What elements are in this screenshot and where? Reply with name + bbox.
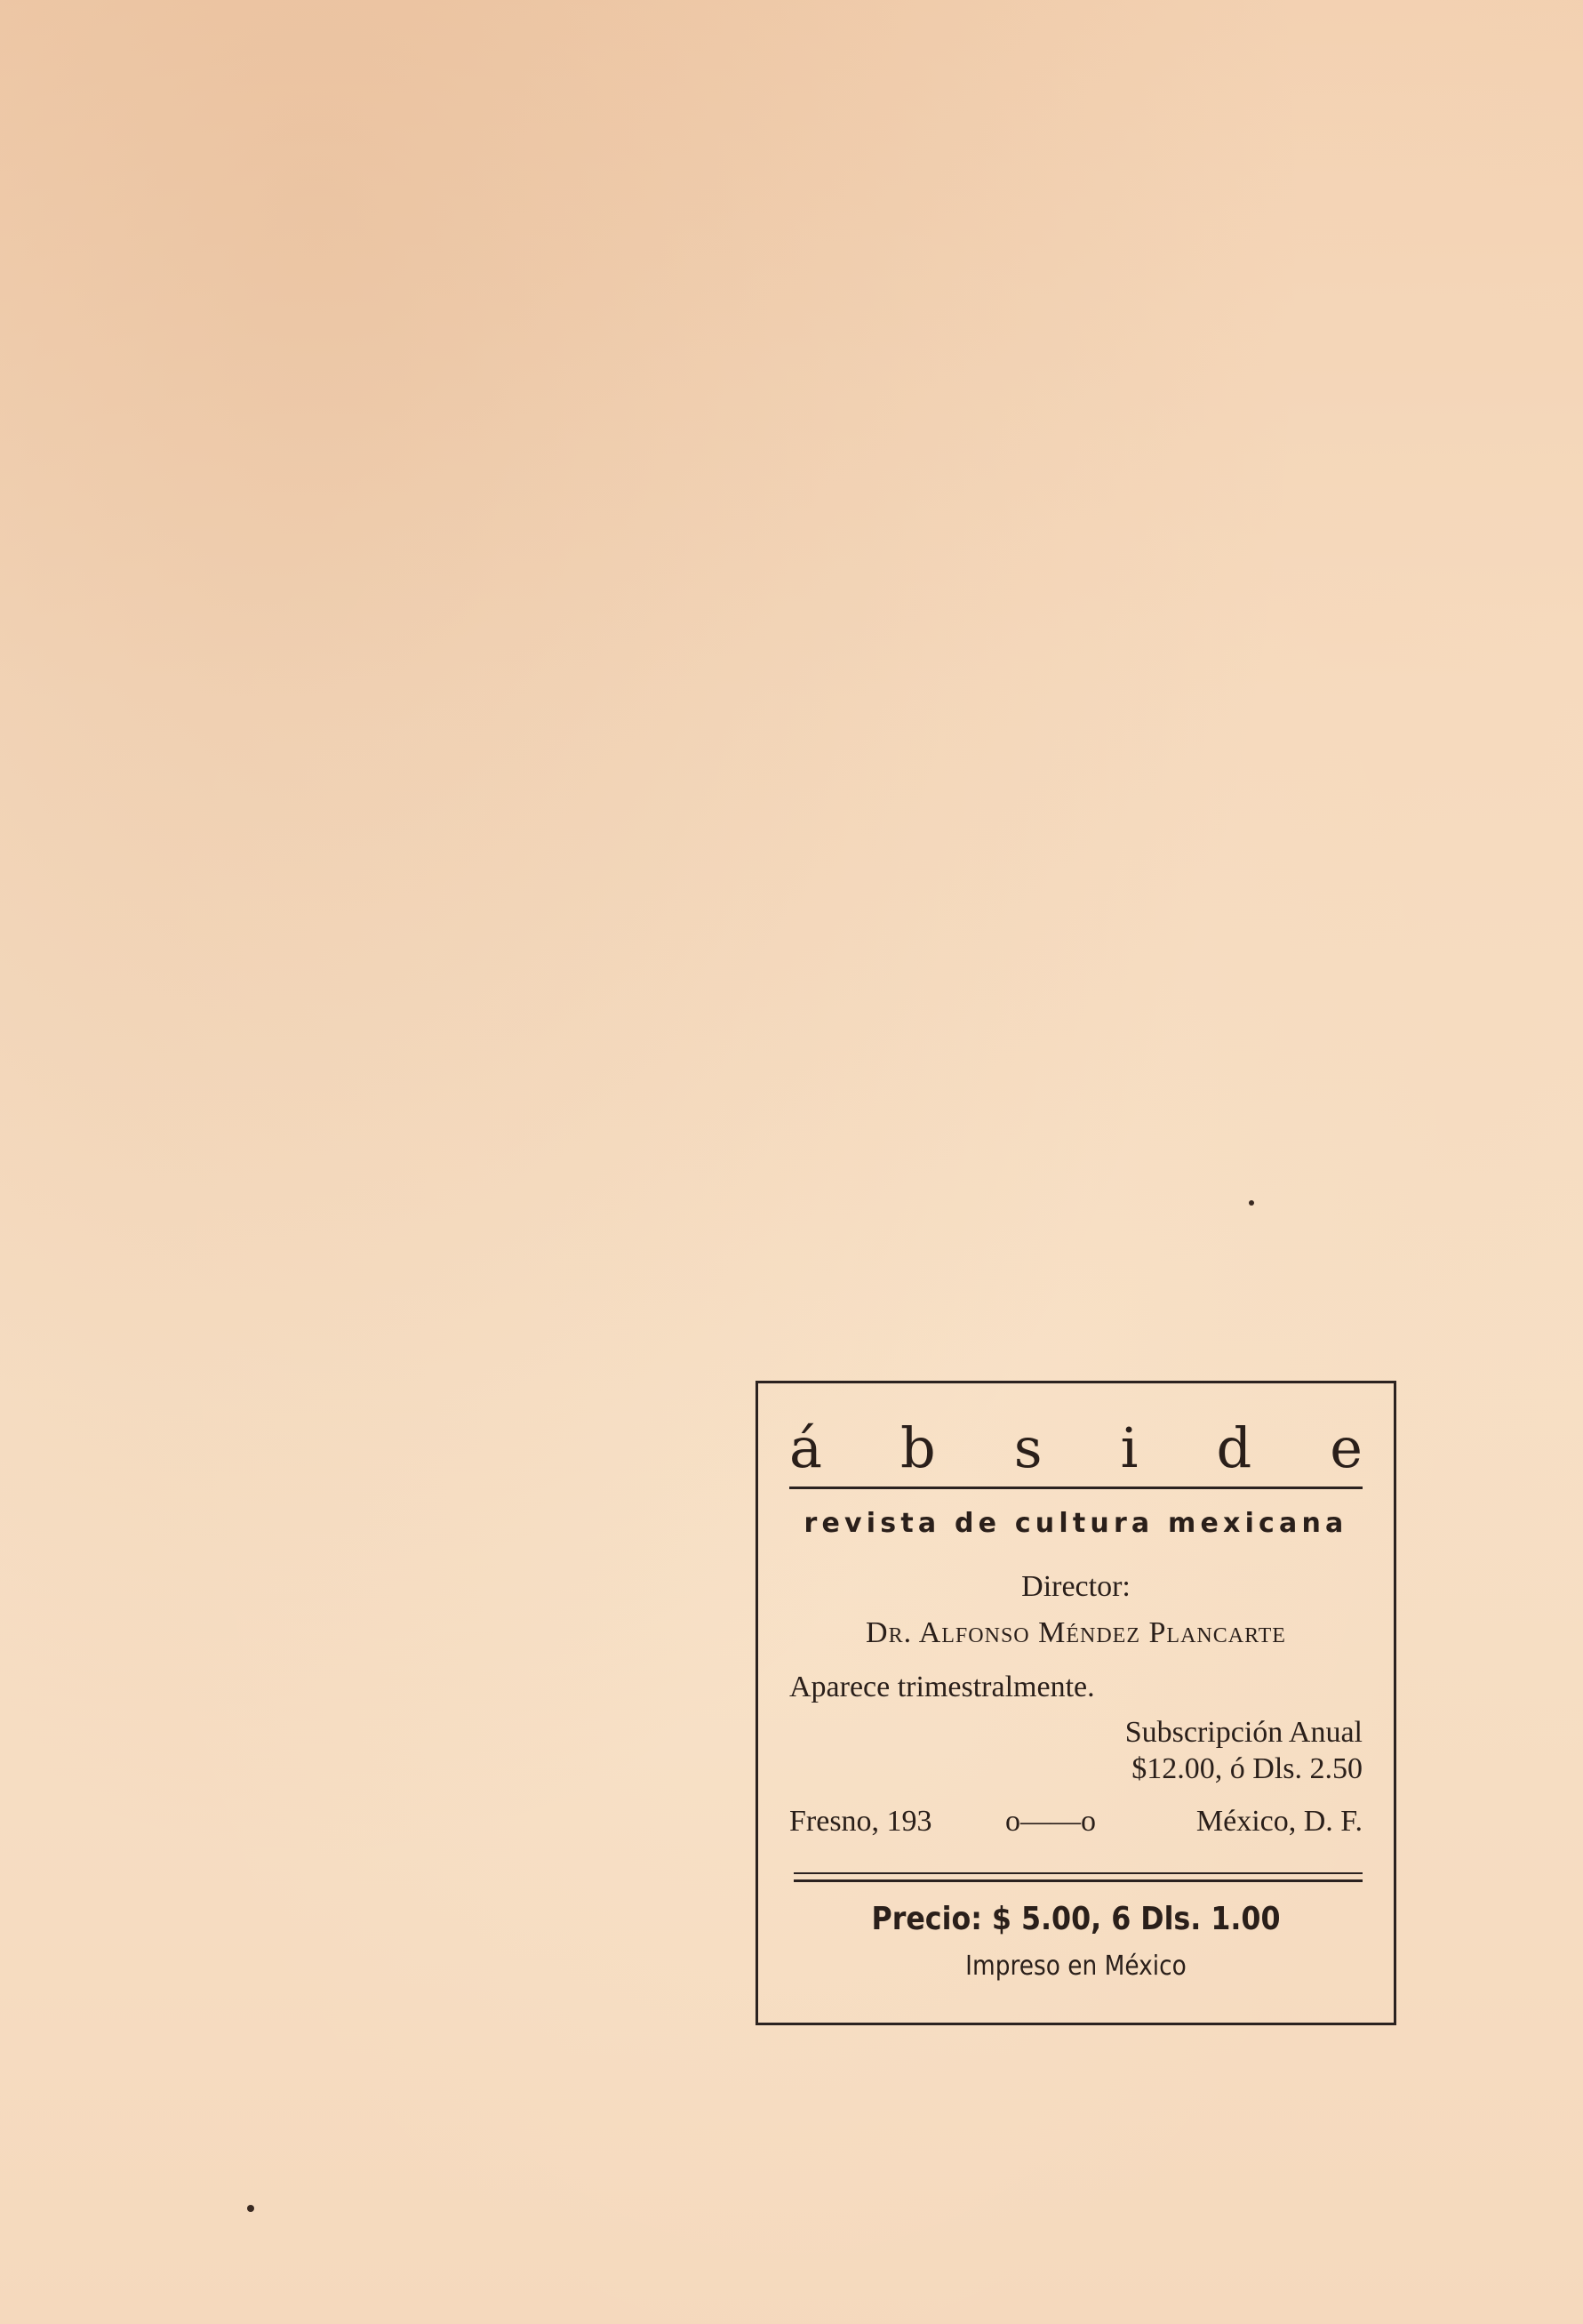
director-label: Director: (758, 1570, 1394, 1604)
subscription-price: $12.00, ó Dls. 2.50 (1131, 1752, 1363, 1786)
director-name: Dr. Alfonso Méndez Plancarte (789, 1616, 1363, 1650)
masthead-box: á b s i d e revista de cultura mexicana … (756, 1381, 1396, 2025)
title-letter: d (1217, 1417, 1252, 1479)
frequency-note: Aparece trimestralmente. (789, 1671, 1095, 1704)
magazine-title: á b s i d e (789, 1417, 1363, 1479)
title-divider (789, 1487, 1363, 1489)
issue-price: Precio: $ 5.00, 6 Dls. 1.00 (796, 1901, 1355, 1937)
title-letter: i (1121, 1417, 1139, 1479)
paper-speck (247, 2205, 254, 2212)
double-rule-bottom (794, 1879, 1363, 1882)
title-letter: s (1014, 1417, 1043, 1479)
address-city: México, D. F. (1196, 1805, 1363, 1839)
paper-speck (1249, 1200, 1254, 1206)
subscription-label: Subscripción Anual (1125, 1716, 1363, 1750)
address-street: Fresno, 193 (789, 1805, 932, 1839)
title-letter: e (1330, 1417, 1363, 1479)
title-letter: b (900, 1417, 936, 1479)
printed-in-note: Impreso en México (796, 1951, 1355, 1982)
double-rule-top (794, 1872, 1363, 1874)
title-letter: á (789, 1417, 822, 1479)
subtitle: revista de cultura mexicana (789, 1508, 1363, 1539)
ornament-connector: o——o (1005, 1805, 1096, 1839)
